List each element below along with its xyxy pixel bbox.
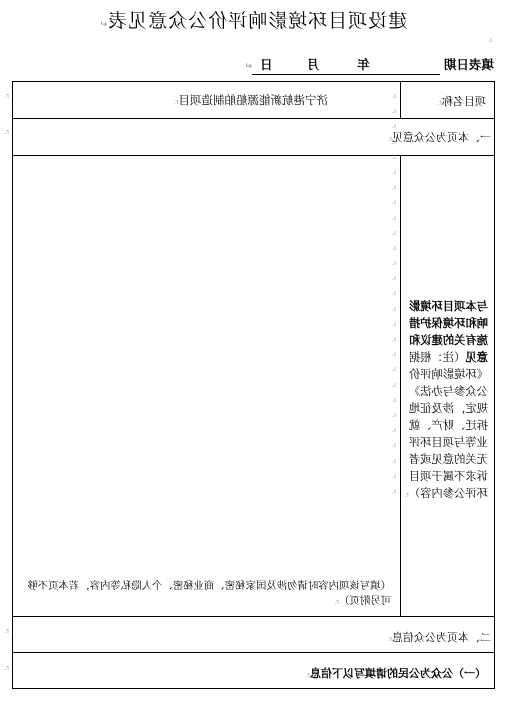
- table-divider: [13, 155, 494, 156]
- paragraph-mark-icon: ı.: [488, 36, 492, 44]
- table-divider: [13, 616, 494, 617]
- paragraph-mark-icon: ↵: [245, 62, 253, 72]
- opinion-form-table: 项目名称r. 济宁港航新能源船舶制造项目r. 一、本页为公众意见r. 与本项目环…: [12, 81, 495, 689]
- document-page: 建设项目环境影响评价公众意见表↵ ı. 填表日期 年月日 ↵ r. r. r. …: [0, 0, 506, 701]
- fill-date-line: 填表日期 年月日 ↵: [245, 55, 494, 75]
- paragraph-mark-icon: ↵: [99, 20, 108, 30]
- day-label: 日: [260, 55, 273, 73]
- fill-date-field[interactable]: 年月日: [252, 55, 440, 75]
- row-end-mark-icon: r.: [5, 627, 9, 635]
- document-title: 建设项目环境影响评价公众意见表↵: [0, 6, 506, 33]
- section-two-subheader: （一）公众为公民的请填写以下信息r.: [306, 665, 486, 681]
- column-divider: [400, 82, 401, 118]
- column-divider: [400, 155, 401, 616]
- fill-date-label: 填表日期: [444, 57, 494, 72]
- month-label: 月: [307, 55, 320, 73]
- project-name-label: 项目名称r.: [438, 93, 486, 109]
- opinion-label: 与本项目环境影响和环境保护措施有关的建议和意见（注：根据《环境影响评价公众参与办…: [404, 298, 488, 504]
- row-end-mark-icon: r.: [5, 664, 9, 672]
- table-divider: [13, 652, 494, 653]
- row-end-mark-icon: r.: [5, 92, 9, 100]
- opinion-input-area[interactable]: ı.ı.ı.ı.ı. ı.ı.ı.ı.ı. ı.ı.ı.ı.ı. ı.ı.ı.ı…: [386, 92, 396, 502]
- section-two-header: 二、本页为公众信息r.: [388, 629, 491, 645]
- section-one-header: 一、本页为公众意见r.: [388, 129, 491, 145]
- opinion-note: （填写该项内容时请勿涉及国家秘密、商业秘密、个人隐私等内容，若本页不够可另附页）…: [19, 579, 391, 610]
- row-end-mark-icon: r.: [5, 128, 9, 136]
- table-divider: [13, 118, 494, 119]
- project-name-value[interactable]: 济宁港航新能源船舶制造项目r.: [174, 92, 328, 108]
- year-label: 年: [357, 55, 370, 73]
